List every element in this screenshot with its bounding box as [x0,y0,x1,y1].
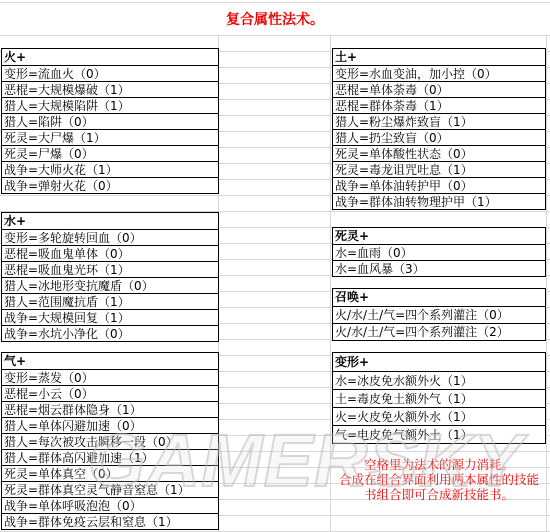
table-summon: 召唤+火/水/土/气=四个系列灌注（0）火/水/土/气=四个系列灌注（2） [332,288,546,341]
spell-row-cell[interactable]: 战争=单体油转护甲（0） [333,177,545,193]
spell-row-cell[interactable]: 死灵=单体真空（0） [2,465,218,481]
spell-row-cell[interactable]: 火/水/土/气=四个系列灌注（2） [333,323,545,340]
spell-row-cell[interactable]: 变形=水血变油，加小控（0） [333,65,545,81]
section-header-cell[interactable]: 召唤+ [333,289,545,306]
spell-row-cell[interactable]: 猎人=陷阱（0） [2,113,218,129]
page-title: 复合属性法术。 [0,7,550,33]
spell-row-cell[interactable]: 恶棍=小云（0） [2,385,218,401]
spell-row-cell[interactable]: 战争=大规模回复（1） [2,309,218,325]
spell-row-cell[interactable]: 死灵=单体酸性状态（0） [333,145,545,161]
spell-row-cell[interactable]: 水=血雨（0） [333,244,545,260]
section-header-cell[interactable]: 死灵+ [333,228,545,244]
spell-row-cell[interactable]: 水=血风暴（3） [333,260,545,276]
note-text: 空格里为法术的源力消耗。 合成在组合界面利用两本属性的技能 书组合即可合成新技能… [328,457,550,502]
spell-row-cell[interactable]: 猎人=扔尘致盲（0） [333,129,545,145]
gridline-horizontal-top [0,2,550,3]
spell-row-cell[interactable]: 火/水/土/气=四个系列灌注（0） [333,306,545,323]
section-header-cell[interactable]: 气+ [2,353,218,369]
spell-row-cell[interactable]: 火=火皮免火额外水（1） [333,407,545,425]
spell-row-cell[interactable]: 猎人=每次被攻击瞬移一段（0） [2,433,218,449]
spreadsheet: 复合属性法术。 火+变形=流血火（0）恶棍=大规模爆破（1）猎人=大规模陷阱（1… [0,0,550,532]
spell-row-cell[interactable]: 死灵=尸爆（0） [2,145,218,161]
spell-row-cell[interactable]: 战争=大师火花（1） [2,161,218,177]
spell-row-cell[interactable]: 猎人=单体闪避加速（0） [2,417,218,433]
spell-row-cell[interactable]: 恶棍=烟云群体隐身（1） [2,401,218,417]
section-header-cell[interactable]: 变形+ [333,353,545,371]
spell-row-cell[interactable]: 恶棍=大规模爆破（1） [2,81,218,97]
section-header-cell[interactable]: 火+ [2,49,218,65]
spell-row-cell[interactable]: 死灵=大尸爆（1） [2,129,218,145]
table-fire: 火+变形=流血火（0）恶棍=大规模爆破（1）猎人=大规模陷阱（1）猎人=陷阱（0… [1,48,219,194]
spell-row-cell[interactable]: 战争=群体免疫云层和窒息（1） [2,513,218,529]
spell-row-cell[interactable]: 恶棍=吸血鬼单体（0） [2,245,218,261]
spell-row-cell[interactable]: 水=冰皮免水额外火（1） [333,371,545,389]
note-line-2: 合成在组合界面利用两本属性的技能 [328,472,550,487]
spell-row-cell[interactable]: 恶棍=单体荼毒（0） [333,81,545,97]
table-water: 水+变形=多轮旋转回血（0）恶棍=吸血鬼单体（0）恶棍=吸血鬼光环（1）猎人=冰… [1,212,219,342]
table-necromancy: 死灵+水=血雨（0）水=血风暴（3） [332,227,546,277]
section-header-cell[interactable]: 土+ [333,49,545,65]
spell-row-cell[interactable]: 气=电皮免气额外土（1） [333,425,545,443]
spell-row-cell[interactable]: 猎人=范围魔抗盾（1） [2,293,218,309]
spell-row-cell[interactable]: 恶棍=群体荼毒（1） [333,97,545,113]
spell-row-cell[interactable]: 变形=流血火（0） [2,65,218,81]
spell-row-cell[interactable]: 战争=群体油转物理护甲（1） [333,193,545,209]
spell-row-cell[interactable]: 战争=水坑小净化（0） [2,325,218,341]
spell-row-cell[interactable]: 猎人=粉尘爆炸致盲（1） [333,113,545,129]
spell-row-cell[interactable]: 恶棍=吸血鬼光环（1） [2,261,218,277]
table-earth: 土+变形=水血变油，加小控（0）恶棍=单体荼毒（0）恶棍=群体荼毒（1）猎人=粉… [332,48,546,210]
spell-row-cell[interactable]: 死灵=毒龙诅咒吐息（1） [333,161,545,177]
table-air: 气+变形=蒸发（0）恶棍=小云（0）恶棍=烟云群体隐身（1）猎人=单体闪避加速（… [1,352,219,530]
spell-row-cell[interactable]: 猎人=大规模陷阱（1） [2,97,218,113]
spell-row-cell[interactable]: 变形=蒸发（0） [2,369,218,385]
section-header-cell[interactable]: 水+ [2,213,218,229]
table-transform: 变形+水=冰皮免水额外火（1）土=毒皮免土额外气（1）火=火皮免火额外水（1）气… [332,352,546,444]
spell-row-cell[interactable]: 战争=单体呼吸泡泡（0） [2,497,218,513]
spell-row-cell[interactable]: 变形=多轮旋转回血（0） [2,229,218,245]
spell-row-cell[interactable]: 猎人=群体高闪避加速（1） [2,449,218,465]
spell-row-cell[interactable]: 战争=弹射火花（0） [2,177,218,193]
note-line-3: 书组合即可合成新技能书。 [328,487,550,502]
spell-row-cell[interactable]: 死灵=群体真空灵气静音窒息（1） [2,481,218,497]
note-line-1: 空格里为法术的源力消耗。 [328,457,550,472]
spell-row-cell[interactable]: 猎人=冰地形变抗魔盾（0） [2,277,218,293]
spell-row-cell[interactable]: 土=毒皮免土额外气（1） [333,389,545,407]
